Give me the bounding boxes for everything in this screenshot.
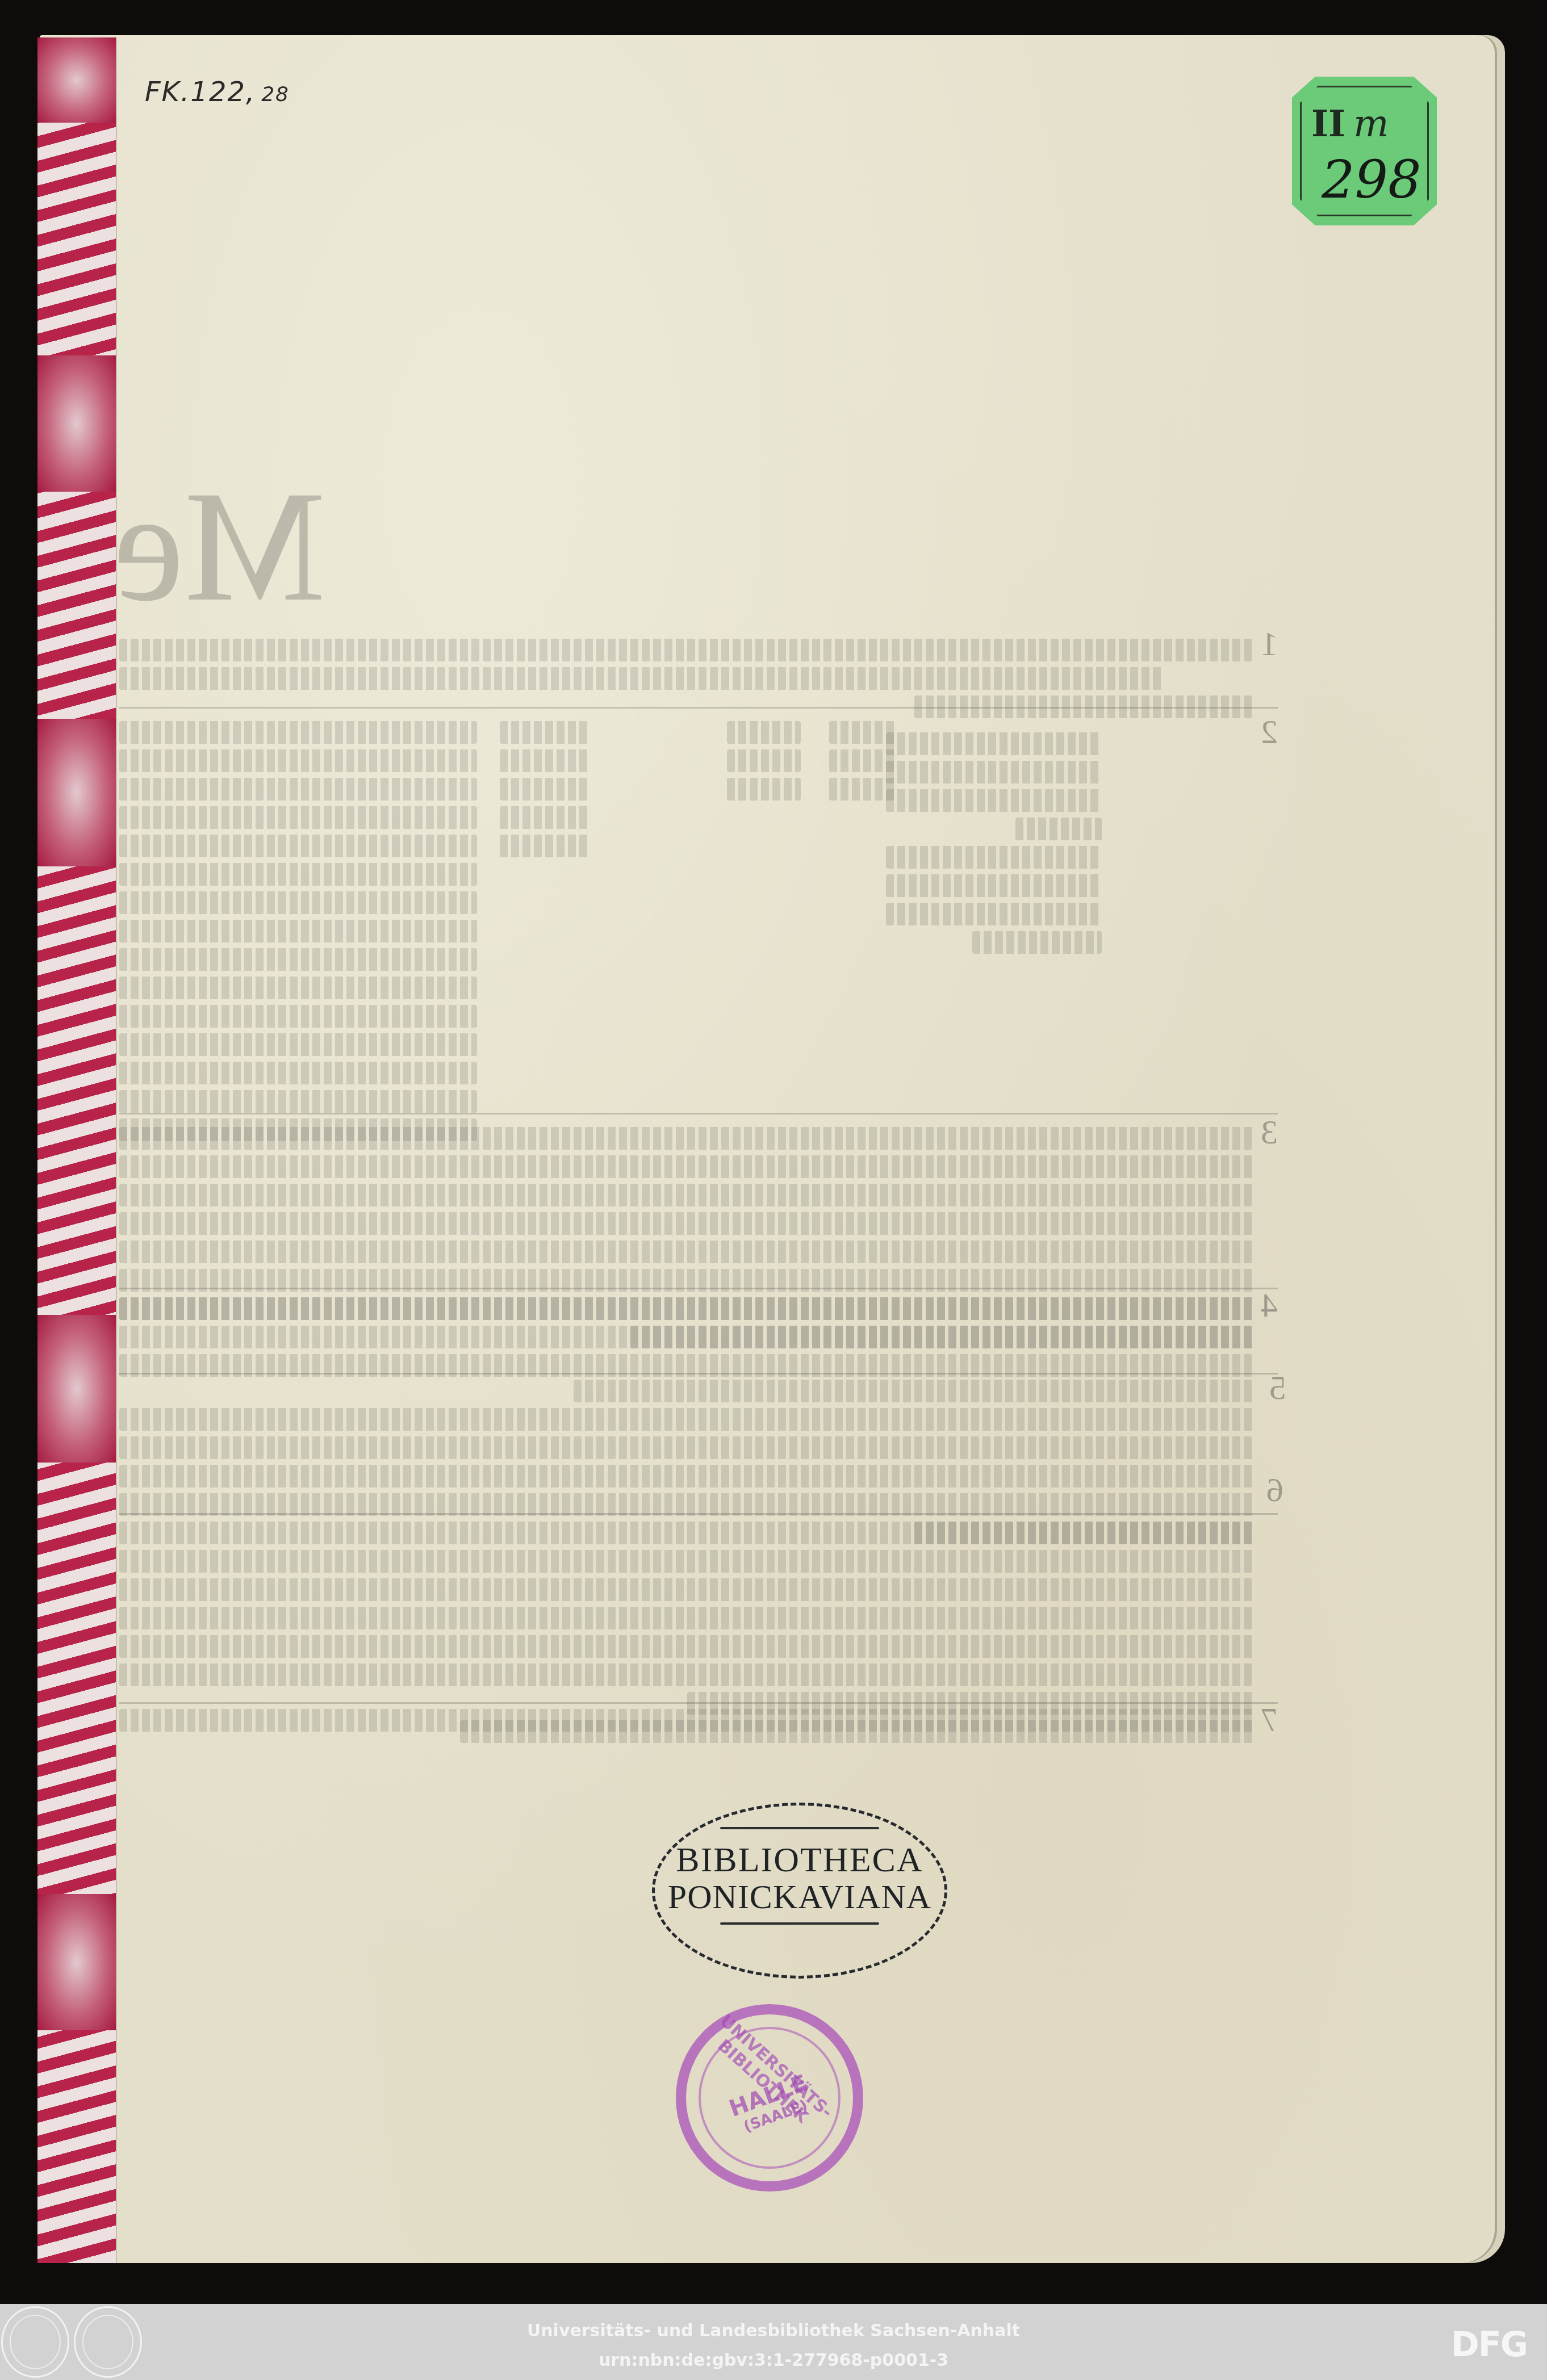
bleed-entry-number: 5 [1269,1368,1286,1407]
label-roman-numeral: II [1311,103,1345,145]
dfg-logo-icon: DFG [1451,2328,1527,2362]
bleed-rule [119,1113,1278,1114]
bleed-through-heading: Me [114,454,325,638]
bleed-entry-number: 1 [1261,625,1278,664]
bleed-rule [119,1702,1278,1704]
shelfmark-main: FK.122, [145,76,256,108]
bleed-entry-number: 4 [1261,1286,1278,1325]
bleed-rule [119,1373,1278,1375]
bleed-text-block-1 [119,639,1255,724]
footer-bar: Universitäts- und Landesbibliothek Sachs… [0,2304,1547,2380]
label-script-letter: m [1353,102,1389,145]
bleed-text-block-7 [119,1709,1255,1737]
spine-marble-patch [37,719,116,866]
stamp-ornament-bottom [720,1922,879,1925]
spine-marble-patch [37,37,116,123]
bleed-text-column [727,721,801,806]
stamp-line-2: PONICKAVIANA [655,1878,944,1916]
spine-marble-patch [37,1894,116,2030]
shelfmark-suffix: 28 [261,83,290,106]
bleed-entry-number: 6 [1266,1470,1283,1510]
spine-marble-patch [37,355,116,492]
spine-marble-patch [37,1315,116,1463]
institution-name: Universitäts- und Landesbibliothek Sachs… [0,2321,1547,2341]
urn-identifier: urn:nbn:de:gbv:3:1-277968-p0001-3 [0,2350,1547,2370]
bleed-rule [119,1288,1278,1289]
bleed-text-column [886,732,1102,959]
bleed-entry-number: 7 [1261,1700,1278,1740]
bleed-entry-number: 2 [1261,713,1278,752]
label-number: 298 [1322,149,1421,210]
bleed-text-column [119,721,477,1147]
call-number-label: IIm 298 [1292,77,1437,225]
university-library-halle-stamp: UNIVERSITÄTS-BIBLIOTHEK HALLE (SAALE) [676,2004,863,2192]
handwritten-shelfmark: FK.122,28 [145,76,290,108]
stamp-line-1: BIBLIOTHECA [655,1842,944,1878]
marbled-spine-binding [37,37,117,2263]
stamp-ornament-top [720,1827,879,1829]
bleed-entry-number: 3 [1261,1113,1278,1152]
label-line-1: IIm [1311,102,1389,145]
bleed-text-column [500,721,591,863]
bleed-text-block-4 [119,1297,1255,1382]
bleed-rule [119,1513,1278,1515]
bibliotheca-ponickaviana-stamp: BIBLIOTHECA PONICKAVIANA [652,1803,947,1979]
